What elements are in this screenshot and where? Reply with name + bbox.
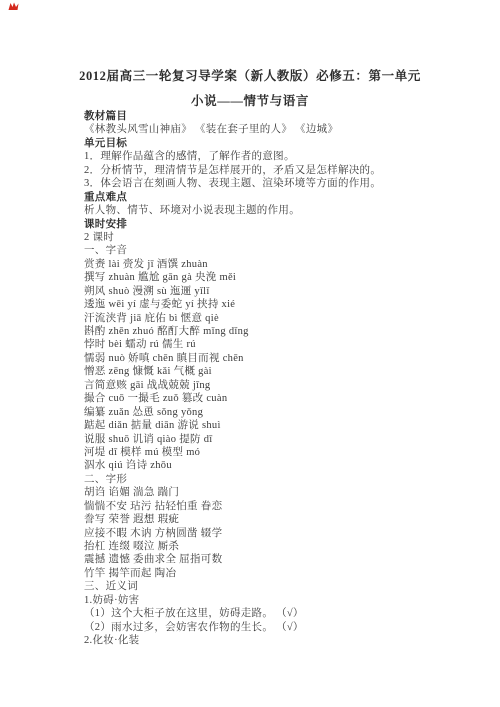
text-line: 河堤 dī 模样 mú 模型 mó: [84, 446, 480, 459]
text-line: 泅水 qiú 诌诗 zhōu: [84, 459, 480, 472]
text-line: 抬杠 连缀 啜泣 厮杀: [84, 540, 480, 553]
document-title-line2: 小说——情节与语言: [0, 91, 500, 109]
text-line: 言简意赅 gāi 战战兢兢 jīng: [84, 379, 480, 392]
text-line: 震撼 遗憾 委曲求全 屈指可数: [84, 553, 480, 566]
text-line: 逶迤 wēi yí 虚与委蛇 yí 挟持 xié: [84, 298, 480, 311]
section-heading: 教材篇目: [84, 110, 480, 123]
text-line: 二、字形: [84, 473, 480, 486]
text-line: 斟酌 zhēn zhuó 酩酊大醉 mǐng dǐng: [84, 325, 480, 338]
text-line: 说服 shuō 讥诮 qiào 提防 dī: [84, 433, 480, 446]
text-line: 竹竿 揭竿而起 陶冶: [84, 567, 480, 580]
text-line: 踮起 diǎn 掂量 diān 游说 shuì: [84, 419, 480, 432]
text-line: 1.妨碍·妨害: [84, 594, 480, 607]
text-line: 2 课时: [84, 231, 480, 244]
text-line: 誊写 荣誉 遐想 瑕疵: [84, 513, 480, 526]
section-heading: 单元目标: [84, 137, 480, 150]
section-heading: 重点难点: [84, 191, 480, 204]
text-line: 三、近义词: [84, 580, 480, 593]
red-stamp-icon: [8, 2, 19, 11]
text-line: 惴惴不安 玷污 拈轻怕重 眷恋: [84, 500, 480, 513]
section-heading: 课时安排: [84, 218, 480, 231]
text-line: 3．体会语言在刻画人物、表现主题、渲染环境等方面的作用。: [84, 177, 480, 190]
text-line: 2.化妆·化装: [84, 634, 480, 647]
document-page: 2012届高三一轮复习导学案（新人教版）必修五：第一单元 小说——情节与语言 教…: [0, 0, 500, 707]
document-body: 教材篇目《林教头风雪山神庙》 《装在套子里的人》 《边城》单元目标1．理解作品蕴…: [84, 110, 480, 648]
text-line: 悖时 bèi 蠕动 rú 儒生 rú: [84, 338, 480, 351]
text-line: 2．分析情节，理清情节是怎样展开的，矛盾又是怎样解决的。: [84, 164, 480, 177]
text-line: 憎恶 zēng 慷慨 kǎi 气概 gài: [84, 365, 480, 378]
text-line: 赏赉 lài 赍发 jī 酒馔 zhuàn: [84, 258, 480, 271]
text-line: 应接不暇 木讷 方枘圆凿 辍学: [84, 527, 480, 540]
text-line: 一、字音: [84, 244, 480, 257]
text-line: （2）雨水过多，会妨害农作物的生长。 （√）: [84, 621, 480, 634]
text-line: 汗流浃背 jiā 庇佑 bì 惬意 qiè: [84, 312, 480, 325]
text-line: 撰写 zhuàn 尴尬 gān gà 央浼 měi: [84, 271, 480, 284]
text-line: 朔风 shuò 漫溯 sù 迤逦 yǐlǐ: [84, 285, 480, 298]
text-line: （1）这个大柜子放在这里，妨碍走路。 （√）: [84, 607, 480, 620]
document-title-line1: 2012届高三一轮复习导学案（新人教版）必修五：第一单元: [0, 66, 500, 84]
text-line: 懦弱 nuò 娇嗔 chēn 瞋目而视 chēn: [84, 352, 480, 365]
text-line: 撮合 cuō 一撮毛 zuǒ 篡改 cuàn: [84, 392, 480, 405]
text-line: 胡诌 谄媚 湍急 踹门: [84, 486, 480, 499]
text-line: 1．理解作品蕴含的感情，了解作者的意图。: [84, 150, 480, 163]
text-line: 编纂 zuǎn 怂恿 sǒng yǒng: [84, 406, 480, 419]
text-line: 析人物、情节、环境对小说表现主题的作用。: [84, 204, 480, 217]
text-line: 《林教头风雪山神庙》 《装在套子里的人》 《边城》: [84, 123, 480, 136]
